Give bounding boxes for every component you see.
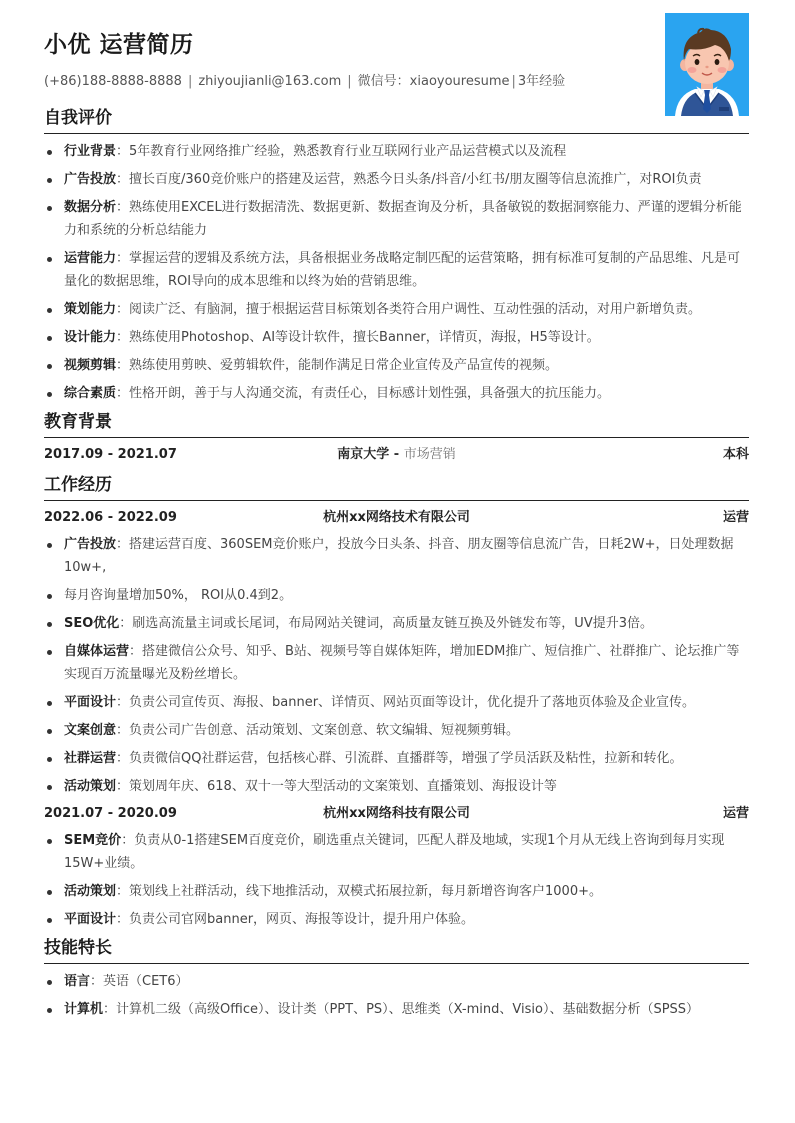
list-item: 视频剪辑：熟练使用剪映、爱剪辑软件，能制作满足日常企业宣传及产品宣传的视频。	[44, 354, 749, 377]
avatar	[665, 13, 749, 116]
job-header: 2022.06 - 2022.09 杭州xx网络技术有限公司 运营	[44, 507, 749, 529]
item-label: 数据分析	[64, 200, 116, 215]
item-label: 文案创意	[64, 723, 116, 738]
education-entry: 2017.09 - 2021.07 南京大学 - 市场营销 本科	[44, 444, 749, 466]
section-self-evaluation: 自我评价 行业背景：5年教育行业网络推广经验，熟悉教育行业互联网行业产品运营模式…	[44, 106, 749, 405]
company-name: 杭州xx网络科技有限公司	[323, 806, 470, 821]
major: 市场营销	[404, 447, 456, 462]
phone-number: (+86)188-8888-8888	[44, 74, 182, 89]
job-period: 2022.06 - 2022.09	[44, 507, 177, 529]
item-text: ：性格开朗，善于与人沟通交流，有责任心，目标感计划性强，具备强大的抗压能力。	[116, 386, 610, 401]
item-text: ：策划周年庆、618、双十一等大型活动的文案策划、直播策划、海报设计等	[116, 779, 557, 794]
section-skills: 技能特长 语言：英语（CET6） 计算机：计算机二级（高级Office）、设计类…	[44, 936, 749, 1021]
email-address: zhiyoujianli@163.com	[198, 74, 341, 89]
item-label: 综合素质	[64, 386, 116, 401]
job-role: 运营	[723, 507, 749, 529]
list-item: SEM竞价：负责从0-1搭建SEM百度竞价，刷选重点关键词，匹配人群及地域，实现…	[44, 829, 749, 875]
list-item: 活动策划：策划线上社群活动，线下地推活动，双模式拓展拉新，每月新增咨询客户100…	[44, 880, 749, 903]
list-item: 平面设计：负责公司官网banner，网页、海报等设计，提升用户体验。	[44, 908, 749, 931]
list-item: 广告投放：擅长百度/360竞价账户的搭建及运营，熟悉今日头条/抖音/小红书/朋友…	[44, 168, 749, 191]
list-item: 平面设计：负责公司宣传页、海报、banner、详情页、网站页面等设计，优化提升了…	[44, 691, 749, 714]
list-item: 综合素质：性格开朗，善于与人沟通交流，有责任心，目标感计划性强，具备强大的抗压能…	[44, 382, 749, 405]
item-text: ：负责公司官网banner，网页、海报等设计，提升用户体验。	[116, 912, 474, 927]
resume-page: 小优 运营简历 (+86)188-8888-8888|zhiyoujianli@…	[44, 0, 749, 1026]
item-text: ：负责从0-1搭建SEM百度竞价，刷选重点关键词，匹配人群及地域，实现1个月从无…	[64, 833, 724, 871]
item-label: 视频剪辑	[64, 358, 116, 373]
section-title: 工作经历	[44, 473, 749, 501]
list-item: 数据分析：熟练使用EXCEL进行数据清洗、数据更新、数据查询及分析，具备敏锐的数…	[44, 196, 749, 242]
item-label: SEO优化	[64, 616, 119, 631]
job-period: 2021.07 - 2020.09	[44, 803, 177, 825]
item-label: 广告投放	[64, 172, 116, 187]
experience-years: 3年经验	[518, 74, 565, 89]
item-text: ：搭建运营百度、360SEM竞价账户，投放今日头条、抖音、朋友圈等信息流广告，日…	[64, 537, 734, 575]
section-education: 教育背景 2017.09 - 2021.07 南京大学 - 市场营销 本科	[44, 410, 749, 466]
resume-header: 小优 运营简历 (+86)188-8888-8888|zhiyoujianli@…	[44, 0, 749, 106]
item-text: ：熟练使用EXCEL进行数据清洗、数据更新、数据查询及分析，具备敏锐的数据洞察能…	[64, 200, 742, 238]
avatar-illustration-icon	[665, 13, 749, 116]
list-item: 自媒体运营：搭建微信公众号、知乎、B站、视频号等自媒体矩阵，增加EDM推广、短信…	[44, 640, 749, 686]
list-item: 设计能力：熟练使用Photoshop、AI等设计软件，擅长Banner，详情页，…	[44, 326, 749, 349]
list-item: 语言：英语（CET6）	[44, 970, 749, 993]
job-role: 运营	[723, 803, 749, 825]
education-period: 2017.09 - 2021.07	[44, 444, 177, 466]
company-name: 杭州xx网络技术有限公司	[323, 510, 470, 525]
self-evaluation-list: 行业背景：5年教育行业网络推广经验，熟悉教育行业互联网行业产品运营模式以及流程 …	[44, 140, 749, 405]
item-text: ：擅长百度/360竞价账户的搭建及运营，熟悉今日头条/抖音/小红书/朋友圈等信息…	[116, 172, 701, 187]
section-work-experience: 工作经历 2022.06 - 2022.09 杭州xx网络技术有限公司 运营 广…	[44, 473, 749, 931]
item-label: 广告投放	[64, 537, 116, 552]
skills-list: 语言：英语（CET6） 计算机：计算机二级（高级Office）、设计类（PPT、…	[44, 970, 749, 1021]
item-label: 活动策划	[64, 884, 116, 899]
page-title: 小优 运营简历	[44, 30, 194, 60]
item-text: ：策划线上社群活动，线下地推活动，双模式拓展拉新，每月新增咨询客户1000+。	[116, 884, 602, 899]
item-text: ：掌握运营的逻辑及系统方法，具备根据业务战略定制匹配的运营策略，拥有标准可复制的…	[64, 251, 740, 289]
item-label: 行业背景	[64, 144, 116, 159]
list-item: 计算机：计算机二级（高级Office）、设计类（PPT、PS）、思维类（X-mi…	[44, 998, 749, 1021]
item-label: 策划能力	[64, 302, 116, 317]
item-label: 社群运营	[64, 751, 116, 766]
item-text: ：5年教育行业网络推广经验，熟悉教育行业互联网行业产品运营模式以及流程	[116, 144, 566, 159]
job-header: 2021.07 - 2020.09 杭州xx网络科技有限公司 运营	[44, 803, 749, 825]
list-item: 社群运营：负责微信QQ社群运营，包括核心群、引流群、直播群等，增强了学员活跃及粘…	[44, 747, 749, 770]
list-item: 广告投放：搭建运营百度、360SEM竞价账户，投放今日头条、抖音、朋友圈等信息流…	[44, 533, 749, 579]
item-label: 计算机	[64, 1002, 103, 1017]
item-text: ：负责公司宣传页、海报、banner、详情页、网站页面等设计，优化提升了落地页体…	[116, 695, 695, 710]
item-text: ：刷选高流量主词或长尾词，布局网站关键词，高质量友链互换及外链发布等，UV提升3…	[119, 616, 653, 631]
item-text: ：计算机二级（高级Office）、设计类（PPT、PS）、思维类（X-mind、…	[103, 1002, 699, 1017]
item-text: ：负责公司广告创意、活动策划、文案创意、软文编辑、短视频剪辑。	[116, 723, 519, 738]
item-label: 平面设计	[64, 695, 116, 710]
separator: |	[512, 74, 516, 89]
item-label: 活动策划	[64, 779, 116, 794]
list-item: 每月咨询量增加50%， ROI从0.4到2。	[44, 584, 749, 607]
item-label: 运营能力	[64, 251, 116, 266]
item-label: SEM竞价	[64, 833, 121, 848]
wechat-id: 微信号：xiaoyouresume	[358, 74, 510, 89]
item-label: 语言	[64, 974, 90, 989]
item-text: ：熟练使用剪映、爱剪辑软件，能制作满足日常企业宣传及产品宣传的视频。	[116, 358, 558, 373]
list-item: 文案创意：负责公司广告创意、活动策划、文案创意、软文编辑、短视频剪辑。	[44, 719, 749, 742]
job-duties-list: SEM竞价：负责从0-1搭建SEM百度竞价，刷选重点关键词，匹配人群及地域，实现…	[44, 829, 749, 931]
item-label: 设计能力	[64, 330, 116, 345]
item-label: 平面设计	[64, 912, 116, 927]
contact-line: (+86)188-8888-8888|zhiyoujianli@163.com|…	[44, 72, 565, 92]
separator: |	[188, 74, 192, 89]
list-item: SEO优化：刷选高流量主词或长尾词，布局网站关键词，高质量友链互换及外链发布等，…	[44, 612, 749, 635]
item-text: ：英语（CET6）	[90, 974, 189, 989]
degree: 本科	[723, 444, 749, 466]
section-title: 技能特长	[44, 936, 749, 964]
separator: |	[347, 74, 351, 89]
item-label: 自媒体运营	[64, 644, 129, 659]
list-item: 策划能力：阅读广泛、有脑洞，擅于根据运营目标策划各类符合用户调性、互动性强的活动…	[44, 298, 749, 321]
dash: -	[389, 447, 403, 462]
job-duties-list: 广告投放：搭建运营百度、360SEM竞价账户，投放今日头条、抖音、朋友圈等信息流…	[44, 533, 749, 798]
item-text: 每月咨询量增加50%， ROI从0.4到2。	[64, 588, 292, 603]
list-item: 运营能力：掌握运营的逻辑及系统方法，具备根据业务战略定制匹配的运营策略，拥有标准…	[44, 247, 749, 293]
section-title: 自我评价	[44, 106, 749, 134]
list-item: 行业背景：5年教育行业网络推广经验，熟悉教育行业互联网行业产品运营模式以及流程	[44, 140, 749, 163]
section-title: 教育背景	[44, 410, 749, 438]
item-text: ：负责微信QQ社群运营，包括核心群、引流群、直播群等，增强了学员活跃及粘性，拉新…	[116, 751, 682, 766]
school-name: 南京大学	[337, 447, 389, 462]
item-text: ：阅读广泛、有脑洞，擅于根据运营目标策划各类符合用户调性、互动性强的活动，对用户…	[116, 302, 701, 317]
list-item: 活动策划：策划周年庆、618、双十一等大型活动的文案策划、直播策划、海报设计等	[44, 775, 749, 798]
item-text: ：搭建微信公众号、知乎、B站、视频号等自媒体矩阵，增加EDM推广、短信推广、社群…	[64, 644, 739, 682]
item-text: ：熟练使用Photoshop、AI等设计软件，擅长Banner，详情页，海报，H…	[116, 330, 600, 345]
